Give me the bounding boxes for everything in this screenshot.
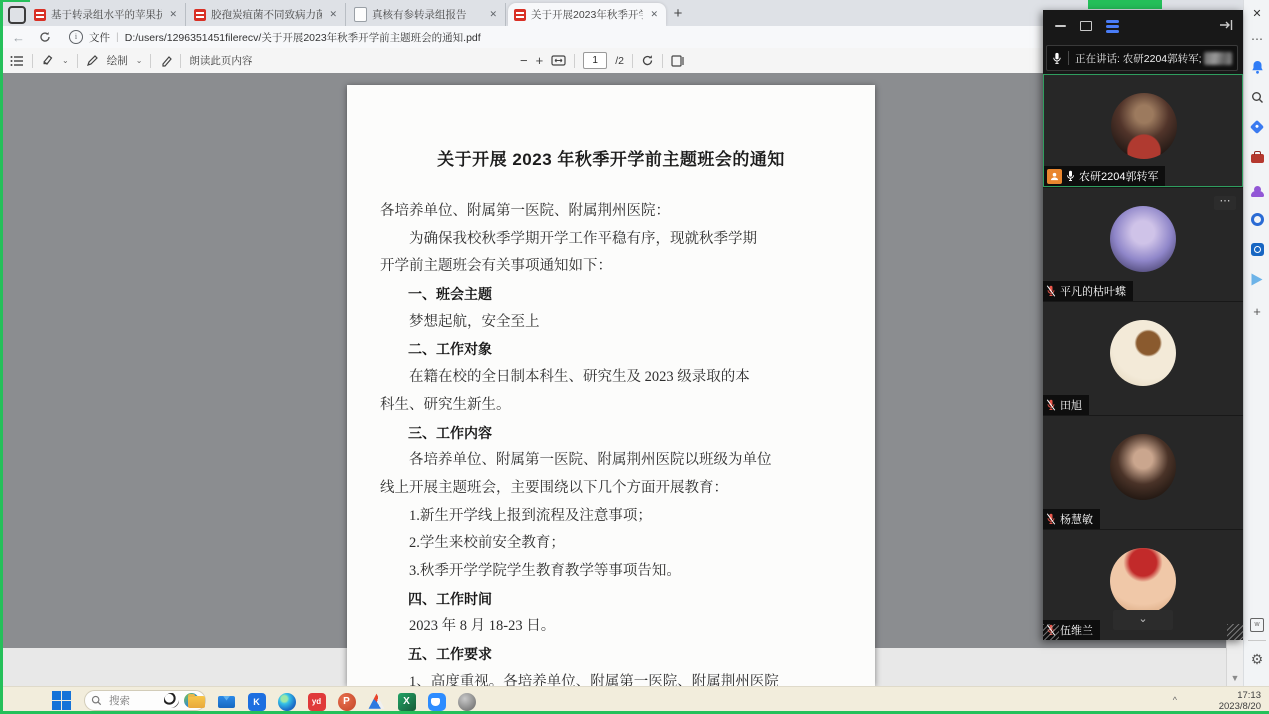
share-indicator-tab <box>1088 0 1162 9</box>
microsoft365-icon[interactable] <box>1244 208 1269 230</box>
draw-pen-icon[interactable] <box>86 54 99 67</box>
back-icon[interactable]: ← <box>12 30 25 45</box>
mic-muted-icon <box>1046 513 1056 525</box>
settings-gear-icon[interactable]: ⚙ <box>1244 648 1269 670</box>
zoom-out-button[interactable]: − <box>520 53 528 68</box>
participant-avatar <box>1110 434 1176 500</box>
microphone-icon[interactable] <box>1052 52 1062 65</box>
participant-tile[interactable]: ⌄ 伍维兰 <box>1043 530 1243 640</box>
document-line: 在籍在校的全日制本科生、研究生及 2023 级录取的本 <box>380 364 842 392</box>
outlook-icon[interactable] <box>1244 238 1269 260</box>
excel-icon: X <box>398 693 416 711</box>
participant-tile[interactable]: 农研2204郭转军 <box>1043 74 1243 187</box>
k-app-icon: K <box>248 693 266 711</box>
browser-tab-1[interactable]: 基于转录组水平的苹果抗白粉... ✕ <box>28 3 186 26</box>
info-icon[interactable]: i <box>69 30 83 44</box>
draw-dropdown-icon[interactable]: ⌄ <box>136 56 143 65</box>
read-aloud-button[interactable]: 朗读此页内容 <box>189 53 252 68</box>
resize-handle[interactable] <box>1227 624 1243 640</box>
tab-close-icon[interactable]: ✕ <box>487 9 499 20</box>
fit-width-icon[interactable] <box>551 55 566 66</box>
participant-avatar <box>1111 93 1177 159</box>
toc-icon[interactable] <box>10 55 24 67</box>
address-separator: | <box>116 31 119 43</box>
tab-title: 关于开展2023年秋季开学前主题 <box>531 7 643 22</box>
zoom-in-button[interactable]: + <box>536 53 544 68</box>
tray-chevron-icon[interactable]: ^ <box>1173 695 1177 705</box>
participant-tile[interactable]: 田旭 <box>1043 302 1243 415</box>
taskbar-edge-browser[interactable] <box>276 690 297 713</box>
page-number-input[interactable] <box>583 52 607 69</box>
pdf-favicon <box>194 9 206 21</box>
taskbar-apps: K yd P X <box>186 690 477 713</box>
tab-title: 基于转录组水平的苹果抗白粉... <box>51 7 162 22</box>
pdf-favicon <box>34 9 46 21</box>
edge-sidebar: ✕ ⋯ + w ⚙ <box>1243 0 1269 686</box>
sidebar-more-icon[interactable]: ⋯ <box>1244 28 1269 50</box>
address-url: D:/users/1296351451filerecv/关于开展2023年秋季开… <box>125 30 481 45</box>
browser-tab-2[interactable]: 胶孢炭疽菌不同致病力菌株B..lc ✕ <box>188 3 346 26</box>
document-line: 科生、研究生新生。 <box>380 392 842 420</box>
meeting-panel: 正在讲话: 农研2204郭转军; 农研2204郭转军 <box>1043 10 1243 640</box>
sidebar-divider <box>1248 640 1266 641</box>
participant-name-chip: 田旭 <box>1043 395 1089 415</box>
collections-tag-icon[interactable] <box>1244 116 1269 138</box>
tools-briefcase-icon[interactable] <box>1244 146 1269 168</box>
collapse-panel-icon[interactable] <box>1219 19 1233 31</box>
tencent-meeting-icon <box>428 693 446 711</box>
pdf-favicon <box>514 9 526 21</box>
mic-on-icon <box>1066 170 1075 182</box>
document-line: 开学前主题班会有关事项通知如下： <box>380 253 842 281</box>
layout-view-icon[interactable] <box>1106 20 1119 33</box>
globe-app-icon <box>458 693 476 711</box>
search-highlight-soccer-icon[interactable] <box>164 693 179 708</box>
minimize-icon[interactable] <box>1055 25 1066 27</box>
mic-muted-icon <box>1046 285 1056 297</box>
tab-close-icon[interactable]: ✕ <box>648 9 660 20</box>
page-layout-icon[interactable] <box>671 55 686 67</box>
page-total-label: /2 <box>615 55 624 67</box>
rotate-icon[interactable] <box>641 54 654 67</box>
participant-name: 田旭 <box>1060 397 1082 413</box>
search-icon <box>91 695 102 706</box>
document-line: 2023 年 8 月 18-23 日。 <box>380 613 842 641</box>
browser-tab-4-active[interactable]: 关于开展2023年秋季开学前主题 ✕ <box>508 3 666 26</box>
people-icon[interactable] <box>1244 176 1269 198</box>
mail-icon <box>218 696 235 708</box>
taskbar-clock[interactable]: 17:13 2023/8/20 <box>1219 690 1261 712</box>
start-button[interactable] <box>52 691 71 710</box>
eraser-icon[interactable] <box>159 54 172 67</box>
taskbar-excel[interactable]: X <box>396 690 417 713</box>
participant-avatar <box>1110 206 1176 272</box>
document-line: 为确保我校秋季学期开学工作平稳有序，现就秋季学期 <box>380 226 842 254</box>
document-line: 各培养单位、附属第一医院、附属荆州医院以班级为单位 <box>380 447 842 475</box>
document-line: 四、工作时间 <box>380 586 842 614</box>
document-body: 各培养单位、附属第一医院、附属荆州医院： 为确保我校秋季学期开学工作平稳有序，现… <box>347 198 875 686</box>
taskbar-baidu-netdisk[interactable] <box>366 690 387 713</box>
youdao-icon: yd <box>308 693 326 711</box>
sidebar-tool-icon[interactable]: w <box>1244 614 1269 636</box>
search-icon[interactable] <box>1244 86 1269 108</box>
taskbar: K yd P X ^ 17:13 2023/8/20 <box>0 686 1269 714</box>
address-field[interactable]: i 文件 | D:/users/1296351451filerecv/关于开展2… <box>69 30 481 45</box>
blurred-name <box>1204 52 1232 65</box>
scheme-label: 文件 <box>89 30 110 45</box>
participant-avatar <box>1110 548 1176 614</box>
participant-name-chip: 平凡的枯叶蝶 <box>1043 281 1133 301</box>
draw-label[interactable]: 绘制 <box>107 53 128 68</box>
taskbar-k-app[interactable]: K <box>246 690 267 713</box>
search-input[interactable] <box>107 694 159 708</box>
participant-list: 农研2204郭转军 ⋯ 平凡的枯叶蝶 <box>1043 74 1243 640</box>
tab-title: 真核有参转录组报告 <box>372 7 482 22</box>
taskbar-tencent-meeting[interactable] <box>426 690 447 713</box>
participant-name-chip: 农研2204郭转军 <box>1044 166 1165 186</box>
participant-name: 伍维兰 <box>1060 622 1093 638</box>
notifications-bell-icon[interactable] <box>1244 56 1269 78</box>
meeting-panel-header <box>1043 10 1243 42</box>
doc-favicon <box>354 7 367 22</box>
document-line: 一、班会主题 <box>380 281 842 309</box>
participant-name-chip: 杨慧敏 <box>1043 509 1100 529</box>
participant-name: 杨慧敏 <box>1060 511 1093 527</box>
tab-actions-icon[interactable] <box>8 6 26 24</box>
scrollbar-down-icon[interactable]: ▼ <box>1227 673 1243 683</box>
folder-icon <box>188 696 205 708</box>
document-line: 三、工作内容 <box>380 420 842 448</box>
desktop-screen: 基于转录组水平的苹果抗白粉... ✕ 胶孢炭疽菌不同致病力菌株B..lc ✕ 真… <box>0 0 1269 714</box>
pdf-page: 关于开展 2023 年秋季开学前主题班会的通知 各培养单位、附属第一医院、附属荆… <box>347 85 875 686</box>
document-line: 1.新生开学线上报到流程及注意事项； <box>380 503 842 531</box>
taskbar-system-app[interactable] <box>456 690 477 713</box>
share-border-top <box>0 0 30 2</box>
drop-send-icon[interactable] <box>1244 268 1269 290</box>
document-line: 各培养单位、附属第一医院、附属荆州医院： <box>380 198 842 226</box>
document-line: 梦想起航，安全至上 <box>380 309 842 337</box>
taskbar-mail[interactable] <box>216 690 237 713</box>
document-line: 五、工作要求 <box>380 641 842 669</box>
document-line: 3.秋季开学学院学生教育教学等事项告知。 <box>380 558 842 586</box>
taskbar-powerpoint[interactable]: P <box>336 690 357 713</box>
highlighter-dropdown-icon[interactable]: ⌄ <box>62 56 69 65</box>
speaking-now-label: 正在讲话: 农研2204郭转军; <box>1075 51 1201 66</box>
edge-icon <box>278 693 296 711</box>
powerpoint-icon: P <box>338 693 356 711</box>
sidebar-add-icon[interactable]: + <box>1244 300 1269 322</box>
mic-muted-icon <box>1046 399 1056 411</box>
taskbar-youdao[interactable]: yd <box>306 690 327 713</box>
document-line: 2.学生来校前安全教育； <box>380 530 842 558</box>
share-border-left <box>0 0 3 714</box>
host-badge-icon <box>1047 169 1062 184</box>
taskbar-file-explorer[interactable] <box>186 690 207 713</box>
participant-tile[interactable]: 杨慧敏 <box>1043 416 1243 529</box>
tab-close-icon[interactable]: ✕ <box>327 9 339 20</box>
tab-title: 胶孢炭疽菌不同致病力菌株B..lc <box>211 7 322 22</box>
participant-name: 平凡的枯叶蝶 <box>1060 283 1126 299</box>
document-line: 二、工作对象 <box>380 336 842 364</box>
browser-tab-3[interactable]: 真核有参转录组报告 ✕ <box>348 3 506 26</box>
tab-close-icon[interactable]: ✕ <box>167 9 179 20</box>
document-line: 1、高度重视。各培养单位、附属第一医院、附属荆州医院 <box>380 669 842 686</box>
participant-tile[interactable]: ⋯ 平凡的枯叶蝶 <box>1043 188 1243 301</box>
window-close-icon[interactable]: ✕ <box>1244 2 1269 24</box>
document-line: 线上开展主题班会，主要围绕以下几个方面开展教育： <box>380 475 842 503</box>
document-title: 关于开展 2023 年秋季开学前主题班会的通知 <box>347 145 875 170</box>
restore-window-icon[interactable] <box>1080 21 1092 31</box>
tile-more-icon[interactable]: ⋯ <box>1214 196 1236 210</box>
active-speaker-bar: 正在讲话: 农研2204郭转军; <box>1046 45 1238 71</box>
highlighter-icon[interactable] <box>41 54 54 67</box>
new-tab-button[interactable]: + <box>668 4 688 24</box>
refresh-icon[interactable] <box>39 31 51 43</box>
baidu-netdisk-icon <box>368 693 386 711</box>
participant-name: 农研2204郭转军 <box>1079 168 1158 184</box>
participant-avatar <box>1110 320 1176 386</box>
scroll-participants-down-button[interactable]: ⌄ <box>1113 610 1173 630</box>
clock-time: 17:13 <box>1219 690 1261 701</box>
resize-handle[interactable] <box>1043 624 1059 640</box>
